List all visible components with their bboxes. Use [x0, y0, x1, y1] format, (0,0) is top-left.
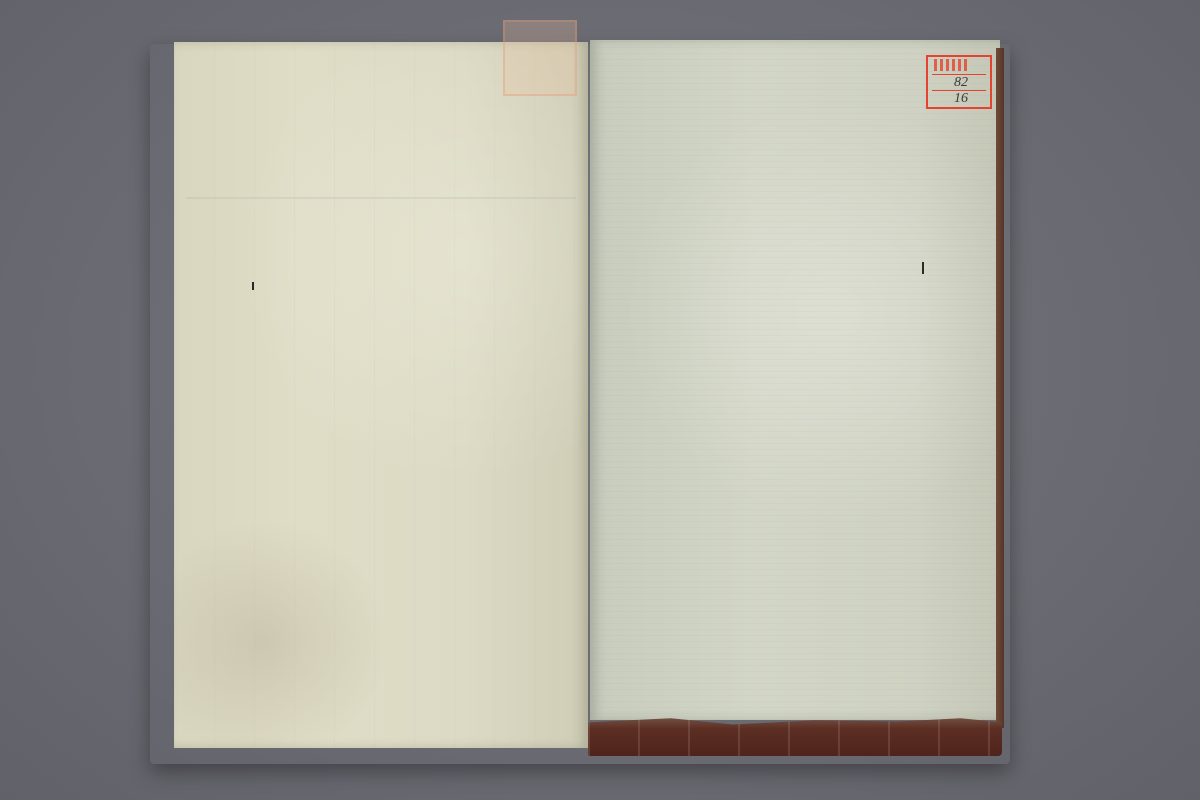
stamp-header [934, 59, 970, 71]
ink-spot [922, 262, 924, 274]
left-page-texture [174, 42, 588, 748]
left-page [174, 42, 588, 748]
offset-stamp-ghost [503, 20, 577, 96]
ink-spot [252, 282, 254, 290]
library-stamp: 82 16 [926, 55, 992, 109]
back-cover-edge [996, 48, 1004, 728]
right-page [590, 40, 1000, 720]
stamp-number-1: 82 [932, 74, 986, 89]
left-page-bleed-line [186, 197, 576, 199]
stamp-number-2: 16 [932, 90, 986, 105]
open-book: 82 16 [0, 0, 1200, 800]
right-page-texture [590, 40, 1000, 720]
